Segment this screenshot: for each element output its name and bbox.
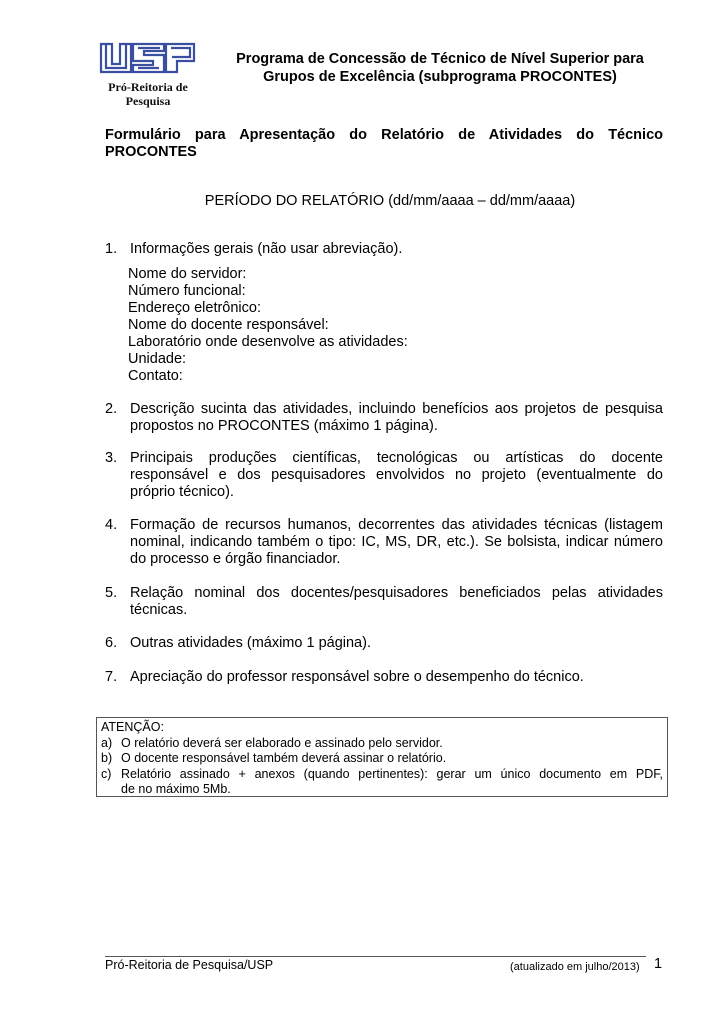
list-item-7: 7. Apreciação do professor responsável s… bbox=[105, 669, 663, 686]
usp-logo-icon bbox=[98, 42, 198, 78]
item-text: Principais produções científicas, tecnol… bbox=[130, 450, 663, 501]
note-text-line: Relatório assinado + anexos (quando pert… bbox=[121, 767, 663, 783]
footer-divider bbox=[105, 956, 646, 957]
item-text: Outras atividades (máximo 1 página). bbox=[130, 635, 663, 652]
item-text: Formação de recursos humanos, decorrente… bbox=[130, 517, 663, 568]
program-title-line1: Programa de Concessão de Técnico de Níve… bbox=[210, 50, 670, 68]
page-number: 1 bbox=[654, 956, 662, 973]
list-item-5: 5. Relação nominal dos docentes/pesquisa… bbox=[105, 585, 663, 619]
item-number: 5. bbox=[105, 585, 129, 602]
item-text-line: Relação nominal dos docentes/pesquisador… bbox=[130, 585, 663, 602]
attention-title: ATENÇÃO: bbox=[101, 720, 667, 736]
general-info-fields: Nome do servidor: Número funcional: Ende… bbox=[128, 266, 408, 385]
program-title: Programa de Concessão de Técnico de Níve… bbox=[210, 50, 670, 86]
field-laboratory: Laboratório onde desenvolve as atividade… bbox=[128, 334, 408, 351]
program-title-line2: Grupos de Excelência (subprograma PROCON… bbox=[210, 68, 670, 86]
list-item-4: 4. Formação de recursos humanos, decorre… bbox=[105, 517, 663, 568]
field-contact: Contato: bbox=[128, 368, 408, 385]
note-label: b) bbox=[101, 751, 112, 767]
form-title-line1: Formulário para Apresentação do Relatóri… bbox=[105, 127, 663, 144]
form-title: Formulário para Apresentação do Relatóri… bbox=[105, 127, 663, 161]
list-item-1: 1. Informações gerais (não usar abreviaç… bbox=[105, 241, 663, 258]
note-label: c) bbox=[101, 767, 111, 783]
item-text: Descrição sucinta das atividades, inclui… bbox=[130, 401, 663, 435]
note-text: O docente responsável também deverá assi… bbox=[121, 751, 446, 765]
note-text-line: de no máximo 5Mb. bbox=[121, 782, 231, 796]
item-number: 7. bbox=[105, 669, 129, 686]
item-text-line: Principais produções científicas, tecnol… bbox=[130, 450, 663, 467]
item-text: Relação nominal dos docentes/pesquisador… bbox=[130, 585, 663, 619]
item-text-line: técnicas. bbox=[130, 602, 187, 618]
footer-institution: Pró-Reitoria de Pesquisa/USP bbox=[105, 958, 273, 973]
field-email-address: Endereço eletrônico: bbox=[128, 300, 408, 317]
list-item-2: 2. Descrição sucinta das atividades, inc… bbox=[105, 401, 663, 435]
list-item-6: 6. Outras atividades (máximo 1 página). bbox=[105, 635, 663, 652]
item-text: Informações gerais (não usar abreviação)… bbox=[130, 241, 663, 258]
item-number: 6. bbox=[105, 635, 129, 652]
item-text-line: nominal, indicando também o tipo: IC, MS… bbox=[130, 534, 663, 551]
logo-caption: Pró-Reitoria de Pesquisa bbox=[98, 80, 198, 108]
attention-box: ATENÇÃO: a) O relatório deverá ser elabo… bbox=[96, 717, 668, 797]
field-responsible-professor: Nome do docente responsável: bbox=[128, 317, 408, 334]
footer-updated: (atualizado em julho/2013) bbox=[510, 960, 640, 974]
item-number: 1. bbox=[105, 241, 129, 258]
field-unit: Unidade: bbox=[128, 351, 408, 368]
item-text-line: Formação de recursos humanos, decorrente… bbox=[130, 517, 663, 534]
logo-caption-line1: Pró-Reitoria de bbox=[98, 80, 198, 94]
item-number: 4. bbox=[105, 517, 129, 534]
field-server-name: Nome do servidor: bbox=[128, 266, 408, 283]
item-text-line: próprio técnico). bbox=[130, 484, 234, 500]
item-text-line: propostos no PROCONTES (máximo 1 página)… bbox=[130, 418, 438, 434]
attention-note-a: a) O relatório deverá ser elaborado e as… bbox=[101, 736, 667, 752]
item-text: Apreciação do professor responsável sobr… bbox=[130, 669, 663, 686]
logo-caption-line2: Pesquisa bbox=[98, 94, 198, 108]
field-functional-number: Número funcional: bbox=[128, 283, 408, 300]
usp-logo: Pró-Reitoria de Pesquisa bbox=[98, 42, 198, 112]
note-text: O relatório deverá ser elaborado e assin… bbox=[121, 736, 443, 750]
note-label: a) bbox=[101, 736, 112, 752]
item-number: 3. bbox=[105, 450, 129, 467]
item-text-line: responsável e dos pesquisadores envolvid… bbox=[130, 467, 663, 484]
form-title-line2: PROCONTES bbox=[105, 144, 197, 160]
item-text-line: Descrição sucinta das atividades, inclui… bbox=[130, 401, 663, 418]
item-number: 2. bbox=[105, 401, 129, 418]
attention-note-c: c) Relatório assinado + anexos (quando p… bbox=[101, 767, 667, 798]
attention-note-b: b) O docente responsável também deverá a… bbox=[101, 751, 667, 767]
list-item-3: 3. Principais produções científicas, tec… bbox=[105, 450, 663, 501]
item-text-line: do processo e órgão financiador. bbox=[130, 551, 340, 567]
report-period: PERÍODO DO RELATÓRIO (dd/mm/aaaa – dd/mm… bbox=[105, 193, 675, 210]
